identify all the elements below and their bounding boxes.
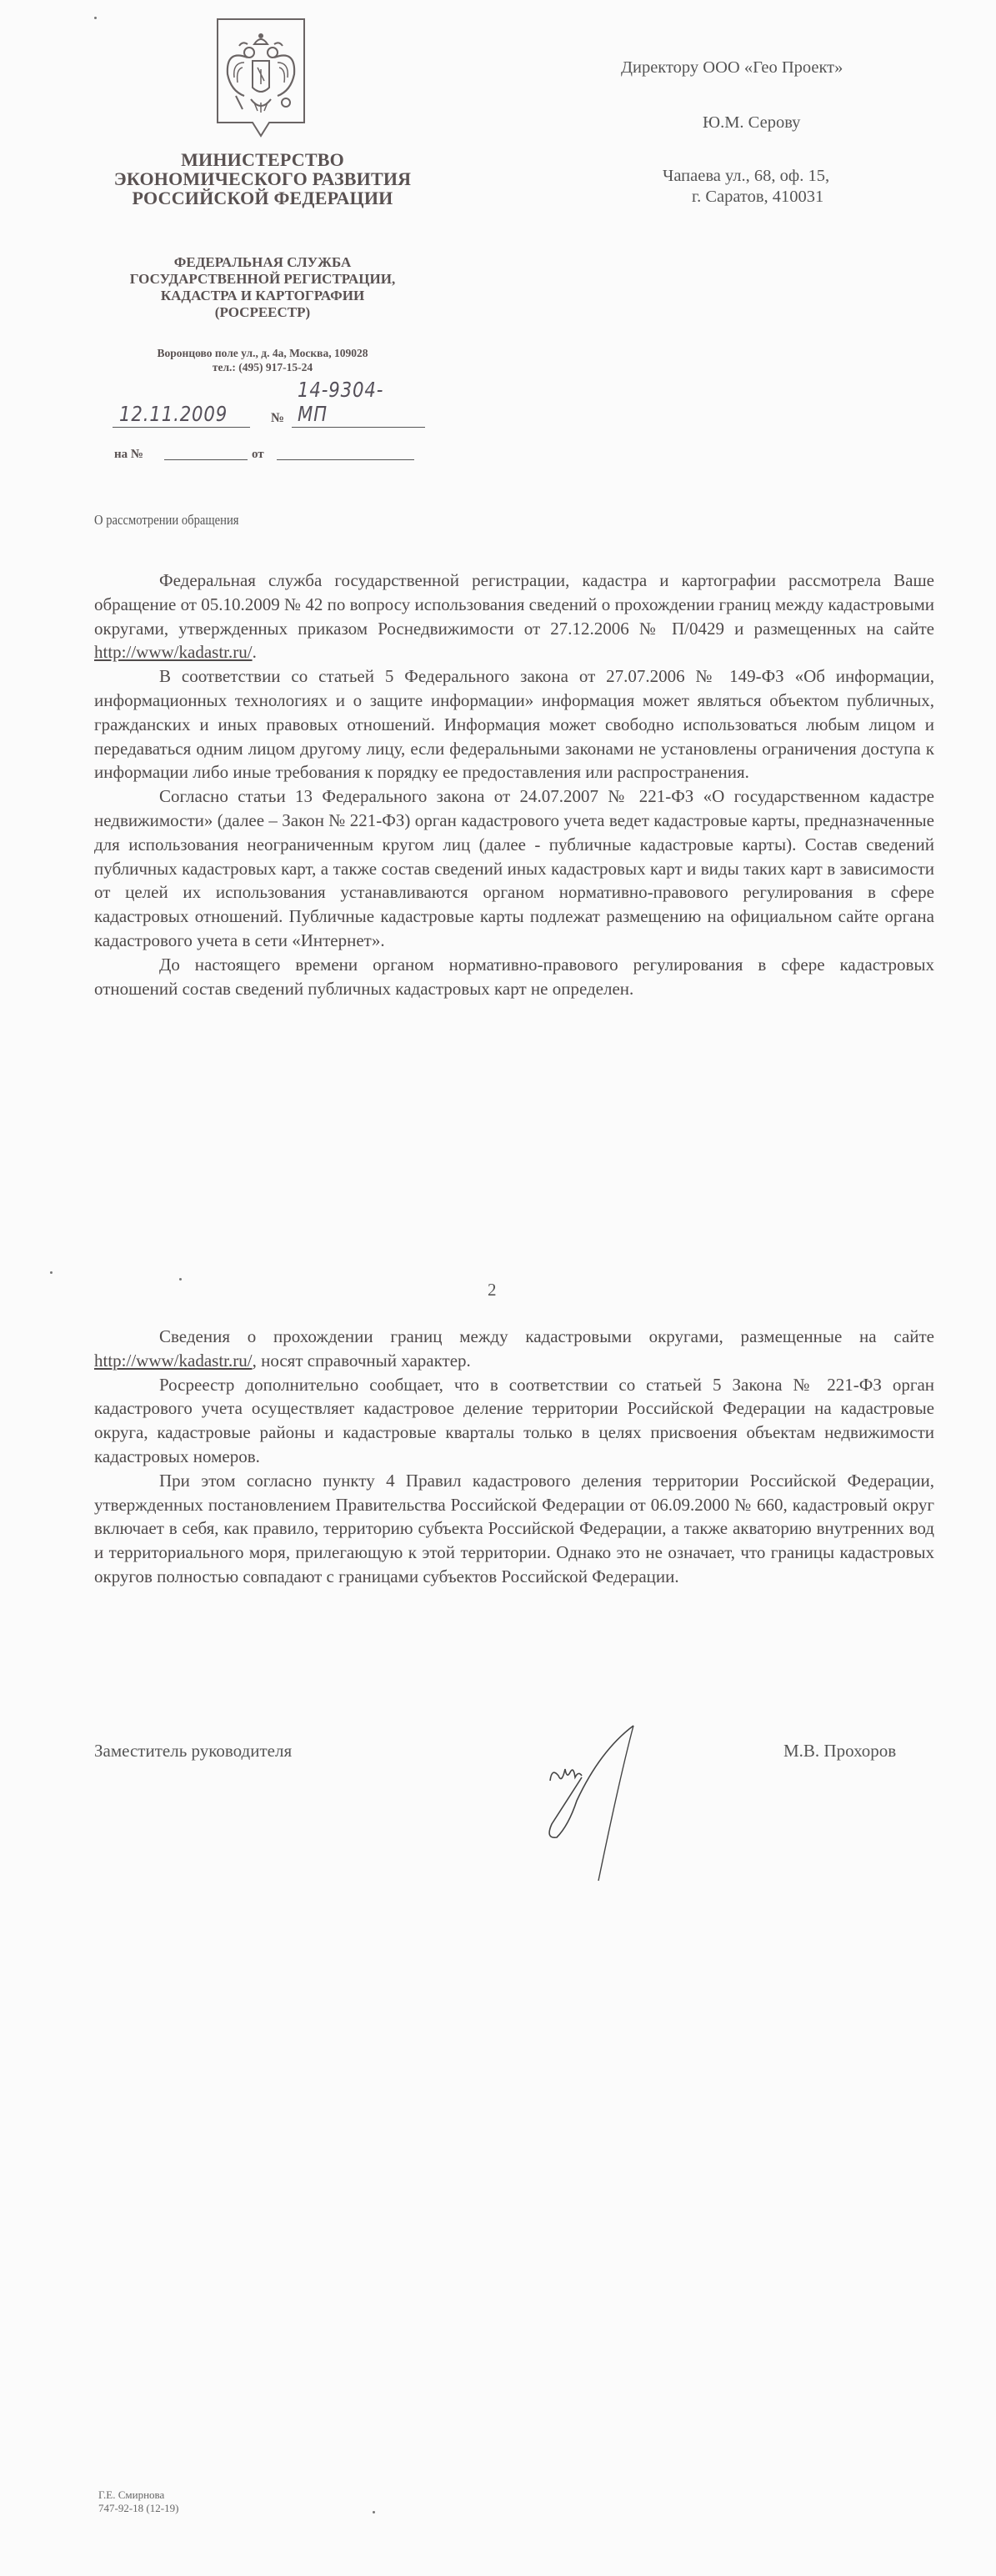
recipient-name: Ю.М. Серову — [703, 113, 800, 133]
agency-line: ФЕДЕРАЛЬНАЯ СЛУЖБА — [92, 254, 433, 271]
scan-speck — [94, 17, 97, 19]
ministry-line: ЭКОНОМИЧЕСКОГО РАЗВИТИЯ — [92, 169, 433, 188]
scan-speck — [179, 1278, 182, 1280]
paragraph-text: . — [253, 642, 257, 662]
recipient-street: Чапаева ул., 68, оф. 15, — [663, 167, 829, 186]
recipient-position: Директору ООО «Гео Проект» — [621, 58, 843, 78]
reference-date-label: от — [252, 448, 264, 462]
paragraph: При этом согласно пункту 4 Правил кадаст… — [94, 1469, 934, 1589]
reference-number-label: на № — [114, 448, 143, 462]
phone-line: тел.: (495) 917-15-24 — [92, 360, 433, 374]
paragraph: Федеральная служба государственной регис… — [94, 569, 934, 664]
signatory-title: Заместитель руководителя — [94, 1741, 292, 1762]
paragraph: Согласно статьи 13 Федерального закона о… — [94, 784, 934, 953]
ministry-line: РОССИЙСКОЙ ФЕДЕРАЦИИ — [92, 188, 433, 208]
executor-block: Г.Е. Смирнова 747-92-18 (12-19) — [98, 2488, 178, 2515]
address-line: Воронцово поле ул., д. 4а, Москва, 10902… — [92, 346, 433, 360]
agency-line: ГОСУДАРСТВЕННОЙ РЕГИСТРАЦИИ, — [92, 271, 433, 288]
paragraph: Сведения о прохождении границ между када… — [94, 1325, 934, 1373]
registration-line: 12.11.2009 № 14-9304-МП — [113, 403, 429, 431]
ministry-name: МИНИСТЕРСТВО ЭКОНОМИЧЕСКОГО РАЗВИТИЯ РОС… — [92, 150, 433, 208]
signatory-name: М.В. Прохоров — [783, 1741, 896, 1762]
registration-number: 14-9304-МП — [298, 378, 409, 426]
executor-name: Г.Е. Смирнова — [98, 2488, 178, 2502]
recipient-city: г. Саратов, 410031 — [692, 188, 823, 207]
paragraph-text: Федеральная служба государственной регис… — [94, 570, 934, 639]
scan-speck — [50, 1271, 53, 1274]
paragraph: Росреестр дополнительно сообщает, что в … — [94, 1373, 934, 1469]
paragraph: До настоящего времени органом нормативно… — [94, 953, 934, 1001]
paragraph-text: Сведения о прохождении границ между када… — [159, 1326, 934, 1346]
letter-body-page-2: Сведения о прохождении границ между када… — [94, 1325, 934, 1589]
agency-address: Воронцово поле ул., д. 4а, Москва, 10902… — [92, 346, 433, 374]
agency-name: ФЕДЕРАЛЬНАЯ СЛУЖБА ГОСУДАРСТВЕННОЙ РЕГИС… — [92, 254, 433, 321]
agency-line: (РОСРЕЕСТР) — [92, 304, 433, 321]
letter-body-page-1: Федеральная служба государственной регис… — [94, 569, 934, 1000]
paragraph-text: , носят справочный характер. — [253, 1351, 471, 1371]
page-number: 2 — [488, 1280, 497, 1301]
reference-line: на № от — [114, 446, 431, 466]
handwritten-signature-icon — [533, 1717, 683, 1884]
number-underline — [292, 427, 425, 428]
registration-date: 12.11.2009 — [119, 402, 228, 426]
coat-of-arms-icon — [214, 16, 308, 141]
executor-phone: 747-92-18 (12-19) — [98, 2502, 178, 2515]
kadastr-link[interactable]: http://www/kadastr.ru/ — [94, 642, 253, 662]
kadastr-link[interactable]: http://www/kadastr.ru/ — [94, 1351, 253, 1371]
paragraph: В соответствии со статьей 5 Федерального… — [94, 664, 934, 784]
reference-date-blank — [277, 459, 414, 460]
date-underline — [113, 427, 250, 428]
number-sign: № — [271, 411, 284, 426]
ministry-line: МИНИСТЕРСТВО — [92, 150, 433, 169]
scan-speck — [373, 2511, 375, 2513]
letter-subject: О рассмотрении обращения — [94, 512, 239, 529]
reference-number-blank — [164, 459, 248, 460]
agency-line: КАДАСТРА И КАРТОГРАФИИ — [92, 288, 433, 304]
